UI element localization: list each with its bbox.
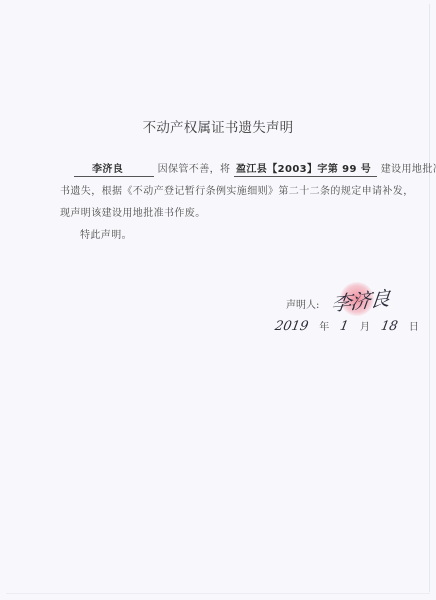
declarant-label: 声明人:: [286, 296, 319, 311]
signature-date: 2019 年 1 月 18 日: [275, 318, 427, 334]
year-unit: 年: [319, 322, 329, 333]
page-edge-right: [429, 4, 430, 592]
date-month: 1: [339, 319, 350, 334]
document-page: 不动产权属证书遗失声明 李济良 因保管不善，将 盈江县【2003】字第 99 号…: [0, 0, 436, 600]
closing-statement: 特此声明。: [80, 226, 132, 241]
day-unit: 日: [409, 322, 419, 333]
certificate-number-field: 盈江县【2003】字第 99 号: [234, 164, 377, 177]
paragraph-line-2: 书遗失，根据《不动产登记暂行条例实施细则》第二十二条的规定申请补发，: [60, 182, 414, 197]
month-unit: 月: [360, 322, 370, 333]
paragraph-line-3: 现声明该建设用地批准书作废。: [60, 204, 206, 219]
date-year: 2019: [274, 319, 310, 334]
paragraph-line-1: 李济良 因保管不善，将 盈江县【2003】字第 99 号 建设用地批准: [60, 160, 436, 177]
declarant-name-field: 李济良: [74, 164, 154, 177]
paragraph-text: 因保管不善，将: [158, 164, 231, 175]
document-title: 不动产权属证书遗失声明: [0, 116, 436, 136]
date-day: 18: [380, 319, 399, 334]
handwritten-signature: 李济良: [330, 282, 391, 317]
page-edge-bottom: [6, 593, 430, 594]
paragraph-text: 建设用地批准: [381, 164, 436, 175]
